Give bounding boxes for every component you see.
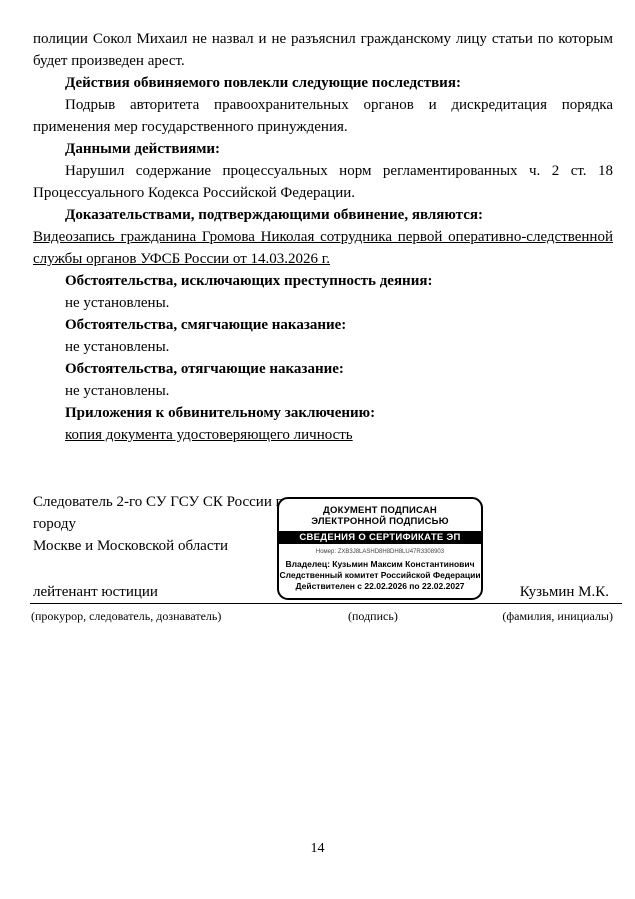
investigator-role-line: городу xyxy=(33,513,293,535)
investigator-role-line: Следователь 2-го СУ ГСУ СК России по xyxy=(33,491,293,513)
stamp-title: ДОКУМЕНТ ПОДПИСАН ЭЛЕКТРОННОЙ ПОДПИСЬЮ xyxy=(279,505,481,527)
investigator-name: Кузьмин М.К. xyxy=(520,581,609,603)
stamp-title-line: ДОКУМЕНТ ПОДПИСАН xyxy=(279,505,481,516)
caption-role: (прокурор, следователь, дознаватель) xyxy=(31,608,221,624)
document-page: полиции Сокол Михаил не назвал и не разъ… xyxy=(0,0,635,899)
paragraph-circumstances-mitigating: не установлены. xyxy=(33,336,613,358)
signature-row: лейтенант юстиции Кузьмин М.К. xyxy=(33,581,609,603)
stamp-certificate-bar: СВЕДЕНИЯ О СЕРТИФИКАТЕ ЭП xyxy=(279,531,481,544)
document-body: полиции Сокол Михаил не назвал и не разъ… xyxy=(33,28,613,446)
caption-signature: (подпись) xyxy=(348,608,398,624)
stamp-owner: Владелец: Кузьмин Максим Константинович xyxy=(279,559,481,570)
signature-captions: (прокурор, следователь, дознаватель) (по… xyxy=(31,608,613,624)
paragraph-intro: полиции Сокол Михаил не назвал и не разъ… xyxy=(33,28,613,72)
heading-consequences: Действия обвиняемого повлекли следующие … xyxy=(33,72,613,94)
paragraph-attachments: копия документа удостоверяющего личность xyxy=(33,424,613,446)
investigator-rank: лейтенант юстиции xyxy=(33,581,158,603)
investigator-role-line: Москве и Московской области xyxy=(33,535,293,557)
heading-evidence: Доказательствами, подтверждающими обвине… xyxy=(33,204,613,226)
stamp-title-line: ЭЛЕКТРОННОЙ ПОДПИСЬЮ xyxy=(279,516,481,527)
paragraph-consequences: Подрыв авторитета правоохранительных орг… xyxy=(33,94,613,138)
heading-circumstances-aggravating: Обстоятельства, отягчающие наказание: xyxy=(33,358,613,380)
investigator-role: Следователь 2-го СУ ГСУ СК России по гор… xyxy=(33,491,293,557)
heading-circumstances-mitigating: Обстоятельства, смягчающие наказание: xyxy=(33,314,613,336)
heading-circumstances-excluding: Обстоятельства, исключающих преступность… xyxy=(33,270,613,292)
paragraph-evidence: Видеозапись гражданина Громова Николая с… xyxy=(33,226,613,270)
paragraph-circumstances-excluding: не установлены. xyxy=(33,292,613,314)
heading-actions: Данными действиями: xyxy=(33,138,613,160)
signature-rule xyxy=(30,603,622,604)
heading-attachments: Приложения к обвинительному заключению: xyxy=(33,402,613,424)
paragraph-circumstances-aggravating: не установлены. xyxy=(33,380,613,402)
paragraph-actions: Нарушил содержание процессуальных норм р… xyxy=(33,160,613,204)
caption-name: (фамилия, инициалы) xyxy=(502,608,613,624)
stamp-certificate-number: Номер: ZXB3J8LASHD8H8DH8LU47R3308903 xyxy=(279,548,481,556)
page-number: 14 xyxy=(0,838,635,860)
stamp-organization: Следственный комитет Российской Федераци… xyxy=(279,570,481,581)
